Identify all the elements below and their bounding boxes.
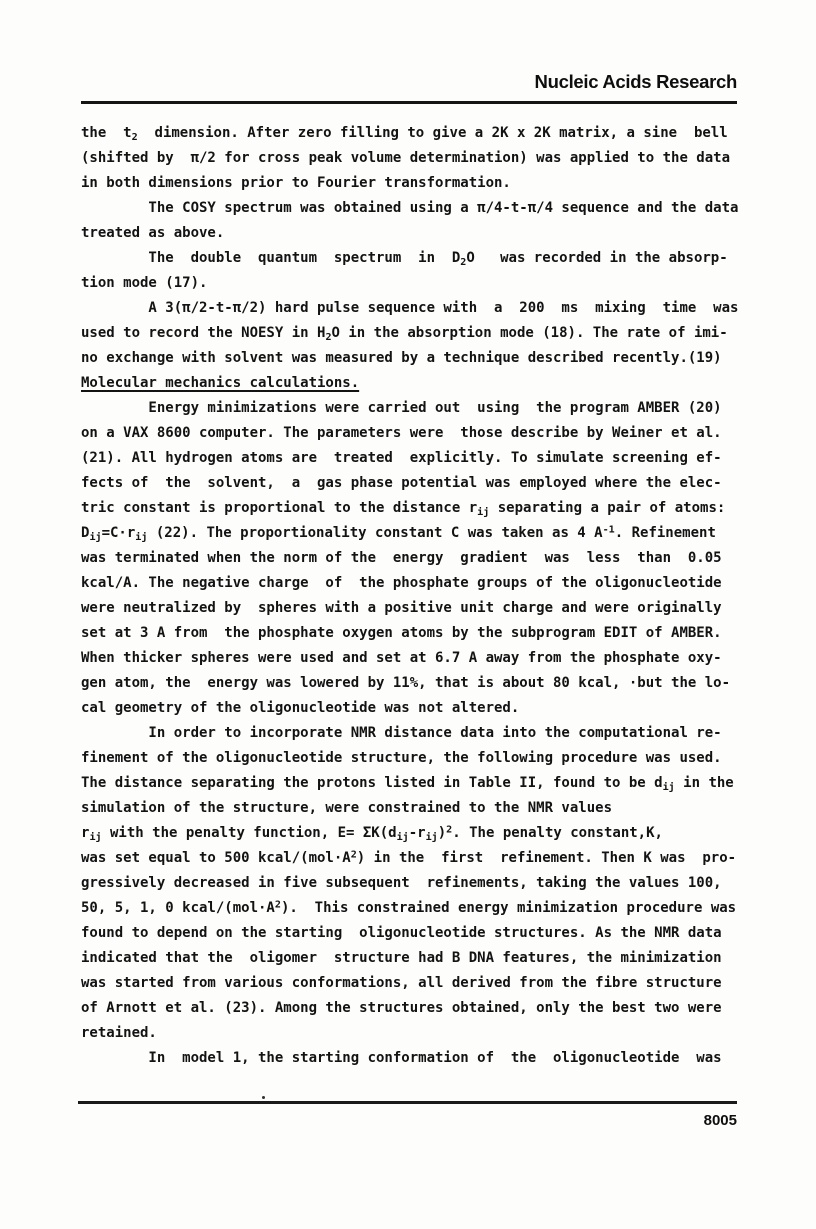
text-line: no exchange with solvent was measured by… bbox=[81, 346, 761, 371]
text-line: finement of the oligonucleotide structur… bbox=[81, 746, 761, 771]
text-line: was started from various conformations, … bbox=[81, 971, 761, 996]
text-line: rij with the penalty function, E= ΣK(dij… bbox=[81, 821, 761, 846]
text-line: retained. bbox=[81, 1021, 761, 1046]
text-line: indicated that the oligomer structure ha… bbox=[81, 946, 761, 971]
text-line: were neutralized by spheres with a posit… bbox=[81, 596, 761, 621]
text-line: gen atom, the energy was lowered by 11%,… bbox=[81, 671, 761, 696]
journal-title: Nucleic Acids Research bbox=[81, 71, 737, 93]
text-line: gressively decreased in five subsequent … bbox=[81, 871, 761, 896]
section-heading-line: Molecular mechanics calculations. bbox=[81, 371, 761, 396]
text-line: In model 1, the starting conformation of… bbox=[81, 1046, 761, 1071]
header-rule bbox=[81, 101, 737, 104]
text-line: the t2 dimension. After zero filling to … bbox=[81, 121, 761, 146]
text-line: In order to incorporate NMR distance dat… bbox=[81, 721, 761, 746]
footer-rule bbox=[78, 1101, 737, 1104]
text-line: found to depend on the starting oligonuc… bbox=[81, 921, 761, 946]
text-line: cal geometry of the oligonucleotide was … bbox=[81, 696, 761, 721]
text-line: The distance separating the protons list… bbox=[81, 771, 761, 796]
text-line: 50, 5, 1, 0 kcal/(mol·A2). This constrai… bbox=[81, 896, 761, 921]
text-line: The COSY spectrum was obtained using a π… bbox=[81, 196, 761, 221]
text-line: When thicker spheres were used and set a… bbox=[81, 646, 761, 671]
scan-artifact-dot bbox=[262, 1096, 265, 1099]
text-line: Dij=C·rij (22). The proportionality cons… bbox=[81, 521, 761, 546]
text-line: in both dimensions prior to Fourier tran… bbox=[81, 171, 761, 196]
text-line: (shifted by π/2 for cross peak volume de… bbox=[81, 146, 761, 171]
text-line: on a VAX 8600 computer. The parameters w… bbox=[81, 421, 761, 446]
text-line: tric constant is proportional to the dis… bbox=[81, 496, 761, 521]
text-line: (21). All hydrogen atoms are treated exp… bbox=[81, 446, 761, 471]
text-line: was terminated when the norm of the ener… bbox=[81, 546, 761, 571]
text-line: fects of the solvent, a gas phase potent… bbox=[81, 471, 761, 496]
page-body-text: the t2 dimension. After zero filling to … bbox=[81, 121, 761, 1071]
text-line: The double quantum spectrum in D2O was r… bbox=[81, 246, 761, 271]
text-line: Energy minimizations were carried out us… bbox=[81, 396, 761, 421]
text-line: used to record the NOESY in H2O in the a… bbox=[81, 321, 761, 346]
text-line: A 3(π/2-t-π/2) hard pulse sequence with … bbox=[81, 296, 761, 321]
text-line: tion mode (17). bbox=[81, 271, 761, 296]
text-line: was set equal to 500 kcal/(mol·A2) in th… bbox=[81, 846, 761, 871]
page-number: 8005 bbox=[81, 1112, 737, 1129]
text-line: of Arnott et al. (23). Among the structu… bbox=[81, 996, 761, 1021]
text-line: kcal/A. The negative charge of the phosp… bbox=[81, 571, 761, 596]
text-line: simulation of the structure, were constr… bbox=[81, 796, 761, 821]
text-line: treated as above. bbox=[81, 221, 761, 246]
text-line: set at 3 A from the phosphate oxygen ato… bbox=[81, 621, 761, 646]
